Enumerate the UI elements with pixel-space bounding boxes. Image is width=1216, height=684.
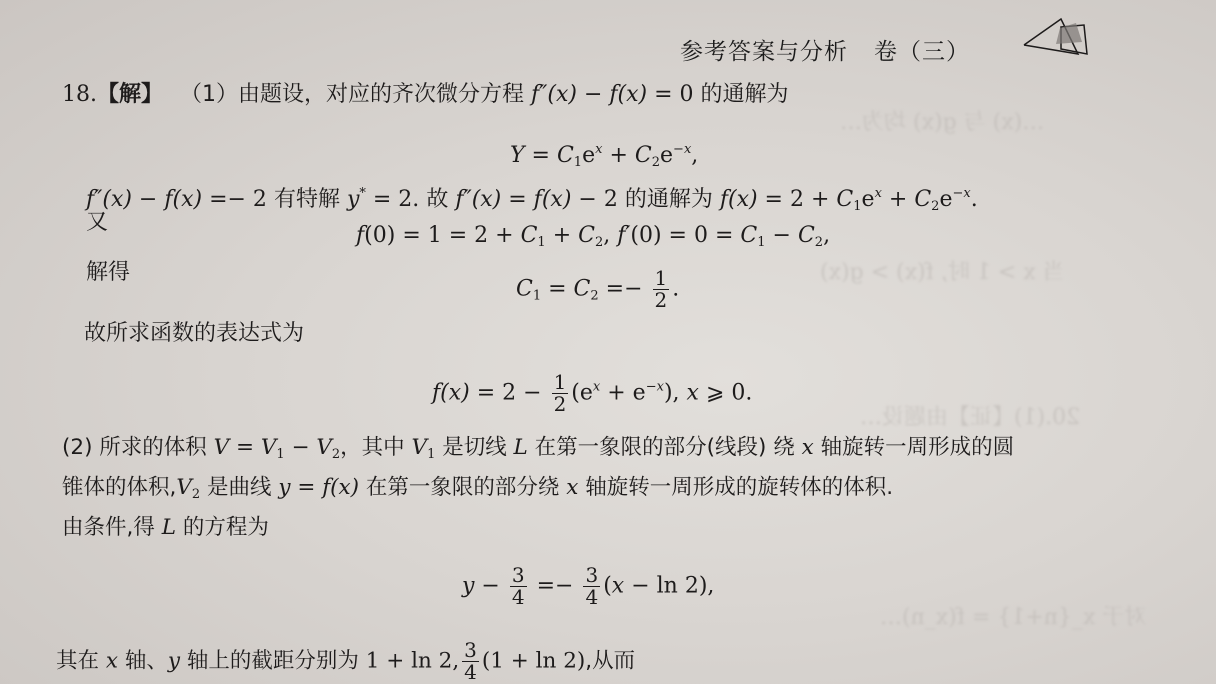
text-fragment: ，其中: [340, 435, 405, 460]
part1-intro-text: （1）由题设，对应的齐次微分方程: [180, 82, 524, 107]
text-fragment: 的方程为: [183, 515, 269, 540]
text-fragment: 的通解为: [625, 187, 713, 212]
text-fragment: 在第一象限的部分绕: [366, 475, 560, 500]
solution-heading-line: 18.【解】 （1）由题设，对应的齐次微分方程 f″(x) − f(x) = 0…: [62, 84, 789, 106]
problem-number: 18.: [62, 82, 97, 107]
initial-conditions-equation: f(0) = 1 = 2 + C1 + C2, f′(0) = 0 = C1 −…: [356, 225, 830, 249]
part2-line-1: (2) 所求的体积 V = V1 − V2，其中 V1 是切线 L 在第一象限的…: [62, 437, 1014, 461]
part1-intro-text-end: 的通解为: [701, 82, 789, 107]
text-fragment: 故: [426, 187, 448, 212]
header-volume: 卷（三）: [874, 39, 970, 65]
text-fragment: (2) 所求的体积: [62, 435, 207, 460]
geometric-prism-logo-icon: [1018, 14, 1098, 64]
text-fragment: 是曲线: [207, 475, 272, 500]
particular-solution-line: f″(x) − f(x) =− 2 有特解 y* = 2. 故 f″(x) = …: [86, 187, 978, 213]
part2-line-3: 由条件,得 L 的方程为: [62, 517, 269, 539]
bleed-through-text: …(x) 与 g(x) 均为…: [840, 105, 1044, 136]
intercepts-line: 其在 x 轴、y 轴上的截距分别为 1 + ln 2,34(1 + ln 2),…: [56, 640, 635, 683]
text-fragment: 轴旋转一周形成的旋转体的体积.: [585, 475, 893, 500]
part2-line-2: 锥体的体积,V2 是曲线 y = f(x) 在第一象限的部分绕 x 轴旋转一周形…: [62, 477, 893, 501]
bleed-through-text: 当 x > 1 时, f(x) > g(x): [820, 255, 1065, 286]
bleed-through-text: 对于 x_{n+1} = f(x_n)…: [880, 600, 1146, 631]
text-fragment: 轴旋转一周形成的圆: [821, 435, 1015, 460]
text-fragment: 有特解: [274, 187, 340, 212]
text-fragment: 锥体的体积,: [62, 475, 176, 500]
header-title: 参考答案与分析: [680, 39, 848, 65]
homogeneous-equation: f″(x) − f(x) = 0: [531, 82, 694, 107]
text-fragment: 在第一象限的部分(线段) 绕: [535, 435, 795, 460]
text-fragment: 由条件,得: [62, 515, 155, 540]
conclusion-label: 故所求函数的表达式为: [84, 323, 304, 345]
again-label: 又: [86, 212, 108, 234]
text-fragment: 是切线: [442, 435, 507, 460]
tangent-line-equation: y − 34 =− 34(x − ln 2),: [462, 565, 714, 608]
text-fragment: 其在: [56, 649, 99, 674]
solve-label: 解得: [86, 262, 130, 284]
page-header: 参考答案与分析卷（三）: [680, 33, 970, 66]
bleed-through-text: 20.(1)【证】由题设…: [860, 400, 1080, 431]
solution-tag: 【解】: [97, 82, 163, 107]
text-fragment: 轴上的截距分别为: [187, 649, 359, 674]
final-function-equation: f(x) = 2 − 12(ex + e−x), x ⩾ 0.: [432, 372, 752, 415]
constants-solution: C1 = C2 =− 12.: [516, 268, 679, 311]
general-solution-equation: Y = C1ex + C2e−x,: [510, 143, 698, 169]
text-fragment: 轴、: [125, 649, 168, 674]
text-fragment: ,从而: [585, 649, 635, 674]
